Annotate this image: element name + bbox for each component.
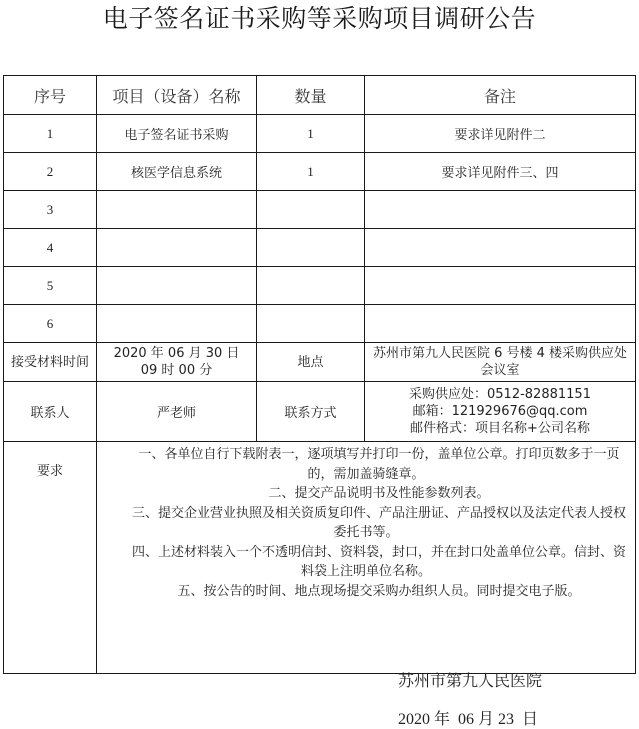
location-value: 苏州市第九人民医院 6 号楼 4 楼采购供应处会议室 bbox=[365, 343, 636, 382]
contact-row: 联系人 严老师 联系方式 采购供应处：0512-82881151 邮箱：1219… bbox=[4, 382, 636, 442]
table-header-row: 序号 项目（设备）名称 数量 备注 bbox=[4, 76, 636, 115]
contact-person-label: 联系人 bbox=[4, 382, 97, 442]
signature-organization: 苏州市第九人民医院 bbox=[398, 668, 542, 691]
row-no: 2 bbox=[4, 153, 97, 191]
table-row: 6 bbox=[4, 305, 636, 343]
requirement-item: 二、提交产品说明书及性能参数列表。 bbox=[101, 484, 631, 504]
requirement-item: 一、各单位自行下载附表一，逐项填写并打印一份，盖单位公章。打印页数多于一页的，需… bbox=[101, 445, 631, 484]
header-remark: 备注 bbox=[365, 76, 636, 115]
requirement-item: 四、上述材料装入一个不透明信封、资料袋，封口，并在封口处盖单位公章。信封、资料袋… bbox=[101, 543, 631, 582]
row-name bbox=[97, 191, 257, 229]
contact-method-label: 联系方式 bbox=[257, 382, 365, 442]
table-row: 1 电子签名证书采购 1 要求详见附件二 bbox=[4, 115, 636, 153]
document-title: 电子签名证书采购等采购项目调研公告 bbox=[0, 2, 639, 36]
row-remark: 要求详见附件三、四 bbox=[365, 153, 636, 191]
requirements-body: 一、各单位自行下载附表一，逐项填写并打印一份，盖单位公章。打印页数多于一页的，需… bbox=[97, 442, 636, 674]
contact-phone: 采购供应处：0512-82881151 bbox=[365, 386, 635, 403]
row-qty bbox=[257, 267, 365, 305]
survey-table: 序号 项目（设备）名称 数量 备注 1 电子签名证书采购 1 要求详见附件二 2… bbox=[3, 75, 636, 674]
row-no: 3 bbox=[4, 191, 97, 229]
row-remark bbox=[365, 191, 636, 229]
row-remark bbox=[365, 229, 636, 267]
contact-email: 邮箱：121929676@qq.com bbox=[365, 403, 635, 420]
submission-date: 2020 年 06 月 30 日 bbox=[97, 345, 256, 362]
row-name bbox=[97, 267, 257, 305]
row-no: 4 bbox=[4, 229, 97, 267]
table-row: 4 bbox=[4, 229, 636, 267]
submission-time-value: 2020 年 06 月 30 日 09 时 00 分 bbox=[97, 343, 257, 382]
row-qty bbox=[257, 191, 365, 229]
row-name: 核医学信息系统 bbox=[97, 153, 257, 191]
submission-info-row: 接受材料时间 2020 年 06 月 30 日 09 时 00 分 地点 苏州市… bbox=[4, 343, 636, 382]
row-qty bbox=[257, 305, 365, 343]
header-no: 序号 bbox=[4, 76, 97, 115]
contact-person-value: 严老师 bbox=[97, 382, 257, 442]
header-qty: 数量 bbox=[257, 76, 365, 115]
submission-time-label: 接受材料时间 bbox=[4, 343, 97, 382]
row-remark: 要求详见附件二 bbox=[365, 115, 636, 153]
requirements-label: 要求 bbox=[4, 442, 97, 674]
row-no: 1 bbox=[4, 115, 97, 153]
row-name bbox=[97, 305, 257, 343]
row-qty bbox=[257, 229, 365, 267]
contact-email-format: 邮件格式：项目名称+公司名称 bbox=[365, 420, 635, 437]
table-row: 3 bbox=[4, 191, 636, 229]
requirements-row: 要求 一、各单位自行下载附表一，逐项填写并打印一份，盖单位公章。打印页数多于一页… bbox=[4, 442, 636, 674]
row-qty: 1 bbox=[257, 153, 365, 191]
submission-hour: 09 时 00 分 bbox=[97, 362, 256, 379]
row-qty: 1 bbox=[257, 115, 365, 153]
row-no: 5 bbox=[4, 267, 97, 305]
row-remark bbox=[365, 267, 636, 305]
table-row: 2 核医学信息系统 1 要求详见附件三、四 bbox=[4, 153, 636, 191]
row-name: 电子签名证书采购 bbox=[97, 115, 257, 153]
requirement-item: 三、提交企业营业执照及相关资质复印件、产品注册证、产品授权以及法定代表人授权委托… bbox=[101, 504, 631, 543]
requirement-item: 五、按公告的时间、地点现场提交采购办组织人员。同时提交电子版。 bbox=[101, 582, 631, 602]
row-remark bbox=[365, 305, 636, 343]
row-no: 6 bbox=[4, 305, 97, 343]
location-label: 地点 bbox=[257, 343, 365, 382]
header-name: 项目（设备）名称 bbox=[97, 76, 257, 115]
signature-date: 2020 年 06 月 23 日 bbox=[398, 706, 538, 729]
contact-method-value: 采购供应处：0512-82881151 邮箱：121929676@qq.com … bbox=[365, 382, 636, 442]
row-name bbox=[97, 229, 257, 267]
table-row: 5 bbox=[4, 267, 636, 305]
